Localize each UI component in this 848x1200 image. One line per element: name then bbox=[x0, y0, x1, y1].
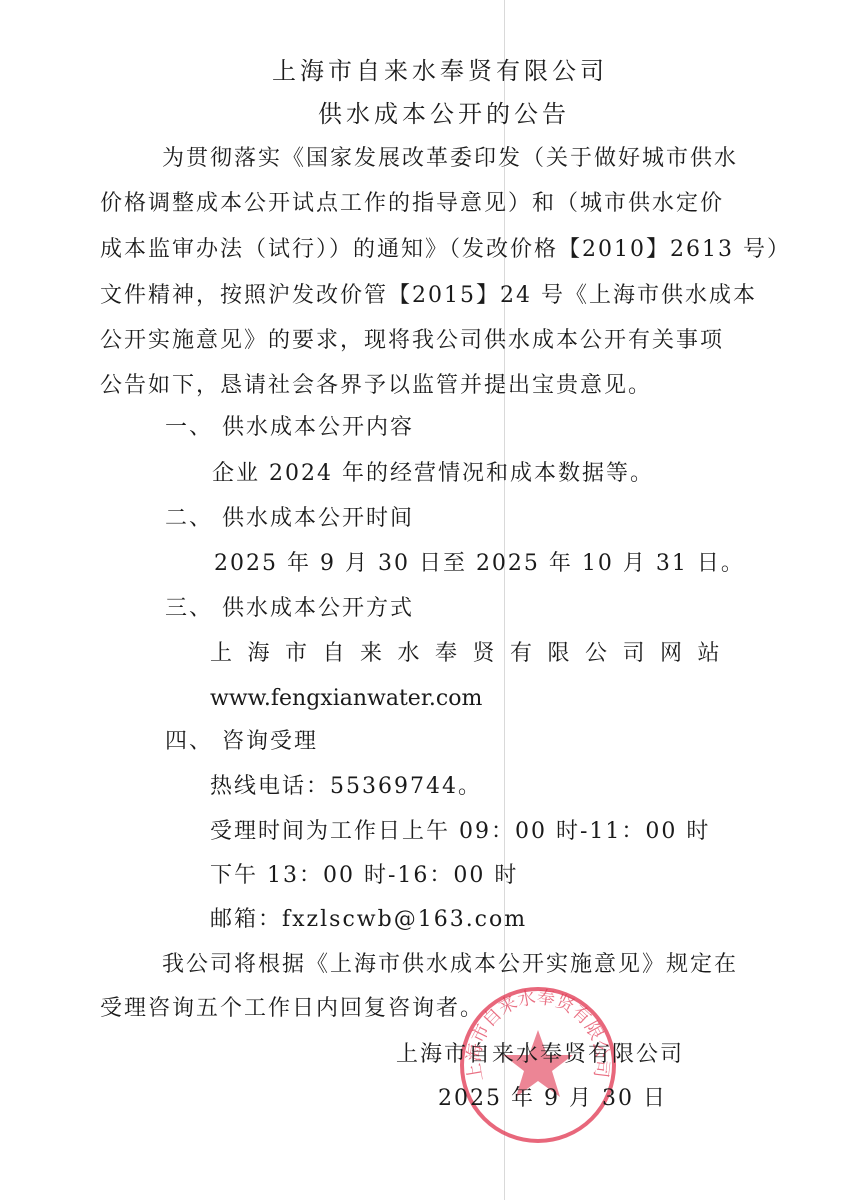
title-notice: 供水成本公开的公告 bbox=[318, 99, 570, 129]
hours-afternoon: 下午 13：00 时-16：00 时 bbox=[210, 861, 518, 891]
hours-morning: 受理时间为工作日上午 09：00 时-11：00 时 bbox=[210, 817, 710, 847]
intro-line-4: 文件精神，按照沪发改价管【2015】24 号《上海市供水成本 bbox=[100, 281, 757, 311]
intro-line-2: 价格调整成本公开试点工作的指导意见）和（城市供水定价 bbox=[100, 189, 724, 219]
section-1-heading: 一、 供水成本公开内容 bbox=[165, 413, 414, 443]
website-url: www.fengxianwater.com bbox=[210, 684, 482, 714]
intro-line-6: 公告如下，恳请社会各界予以监管并提出宝贵意见。 bbox=[100, 371, 652, 401]
section-4-heading: 四、 咨询受理 bbox=[165, 727, 318, 757]
section-2-heading: 二、 供水成本公开时间 bbox=[165, 504, 414, 534]
intro-line-5: 公开实施意见》的要求，现将我公司供水成本公开有关事项 bbox=[100, 326, 724, 356]
section-3-website-label: 上海市自来水奉贤有限公司网站 bbox=[210, 639, 735, 669]
signature-company: 上海市自来水奉贤有限公司 bbox=[396, 1040, 684, 1070]
section-2-body: 2025 年 9 月 30 日至 2025 年 10 月 31 日。 bbox=[214, 549, 745, 579]
closing-line-1: 我公司将根据《上海市供水成本公开实施意见》规定在 bbox=[162, 950, 738, 980]
signature-date: 2025 年 9 月 30 日 bbox=[438, 1084, 667, 1114]
closing-line-2: 受理咨询五个工作日内回复咨询者。 bbox=[100, 994, 484, 1024]
email: 邮箱：fxzlscwb@163.com bbox=[210, 905, 527, 935]
intro-line-1: 为贯彻落实《国家发展改革委印发（关于做好城市供水 bbox=[162, 144, 738, 174]
section-1-body: 企业 2024 年的经营情况和成本数据等。 bbox=[212, 459, 654, 489]
section-3-heading: 三、 供水成本公开方式 bbox=[165, 594, 414, 624]
intro-line-3: 成本监审办法（试行））的通知》（发改价格【2010】2613 号） bbox=[100, 235, 791, 265]
hotline: 热线电话：55369744。 bbox=[210, 772, 482, 802]
title-company: 上海市自来水奉贤有限公司 bbox=[272, 56, 608, 86]
